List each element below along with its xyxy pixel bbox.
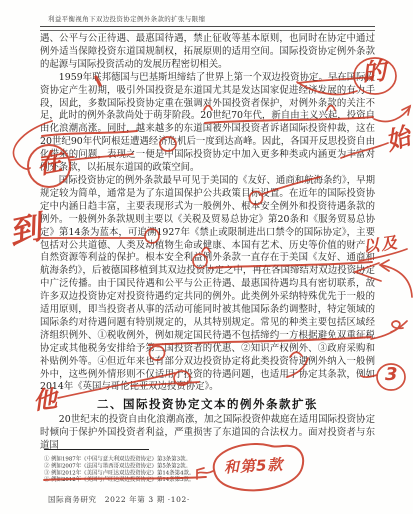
paragraph-continuation: 遇、公平与公正待遇、最惠国待遇，禁止征收等基本原则，也同时在协定中通过例外适当保… [40, 33, 375, 72]
footnote-1: ① 例如1987年《中国与意大利双边投资协定》第3条第3款。 [44, 456, 309, 463]
footnotes: ① 例如1987年《中国与意大利双边投资协定》第3条第3款。 ② 例如2007年… [44, 456, 309, 484]
journal-page: 利益平衡视角下双边投资协定例外条款的扩张与限缩 遇、公平与公正待遇、最惠国待遇，… [0, 0, 413, 514]
header-double-rule [40, 26, 375, 31]
paragraph-section2-intro: 20世纪末的投资自由化浪潮高涨，加之国际投资仲裁庭在适用国际投资协定时倾向于保护… [40, 414, 375, 453]
handwritten-insert-dao: 到 [6, 211, 44, 249]
paragraph-history: 1959年联邦德国与巴基斯坦缔结了世界上第一个双边投资协定。早在国际投资协定产生… [40, 72, 375, 175]
footnote-4: ④ 例如2012年《美国与卢旺达双边投资协定》第14条第5款。 [44, 477, 309, 484]
footnote-2: ② 例如2007年《法国与墨西哥双边投资协定》第5条第2款。 [44, 463, 309, 470]
handwritten-footnote-ref: 3 [385, 366, 398, 384]
paragraph-exception-types: 国际投资协定的例外条款最早可见于美国的《友好、通商和航海条约》，早期规定较为简单… [40, 175, 375, 394]
running-head: 利益平衡视角下双边投资协定例外条款的扩张与限缩 [48, 14, 205, 23]
journal-footer: 国际商务研究 2022 年第 3 期 ·102· [48, 494, 190, 505]
footnote-separator [44, 449, 149, 450]
section-heading: 二、国际投资协定文本的例外条款扩张 [40, 398, 375, 411]
footnote-3: ③ 例如2012年《美国与卢旺达双边投资协定》第14条第4款。 [44, 470, 309, 477]
handwritten-insert-shi: 始 [383, 124, 413, 154]
body-text-column: 遇、公平与公正待遇、最惠国待遇，禁止征收等基本原则，也同时在协定中通过例外适当保… [40, 33, 375, 453]
